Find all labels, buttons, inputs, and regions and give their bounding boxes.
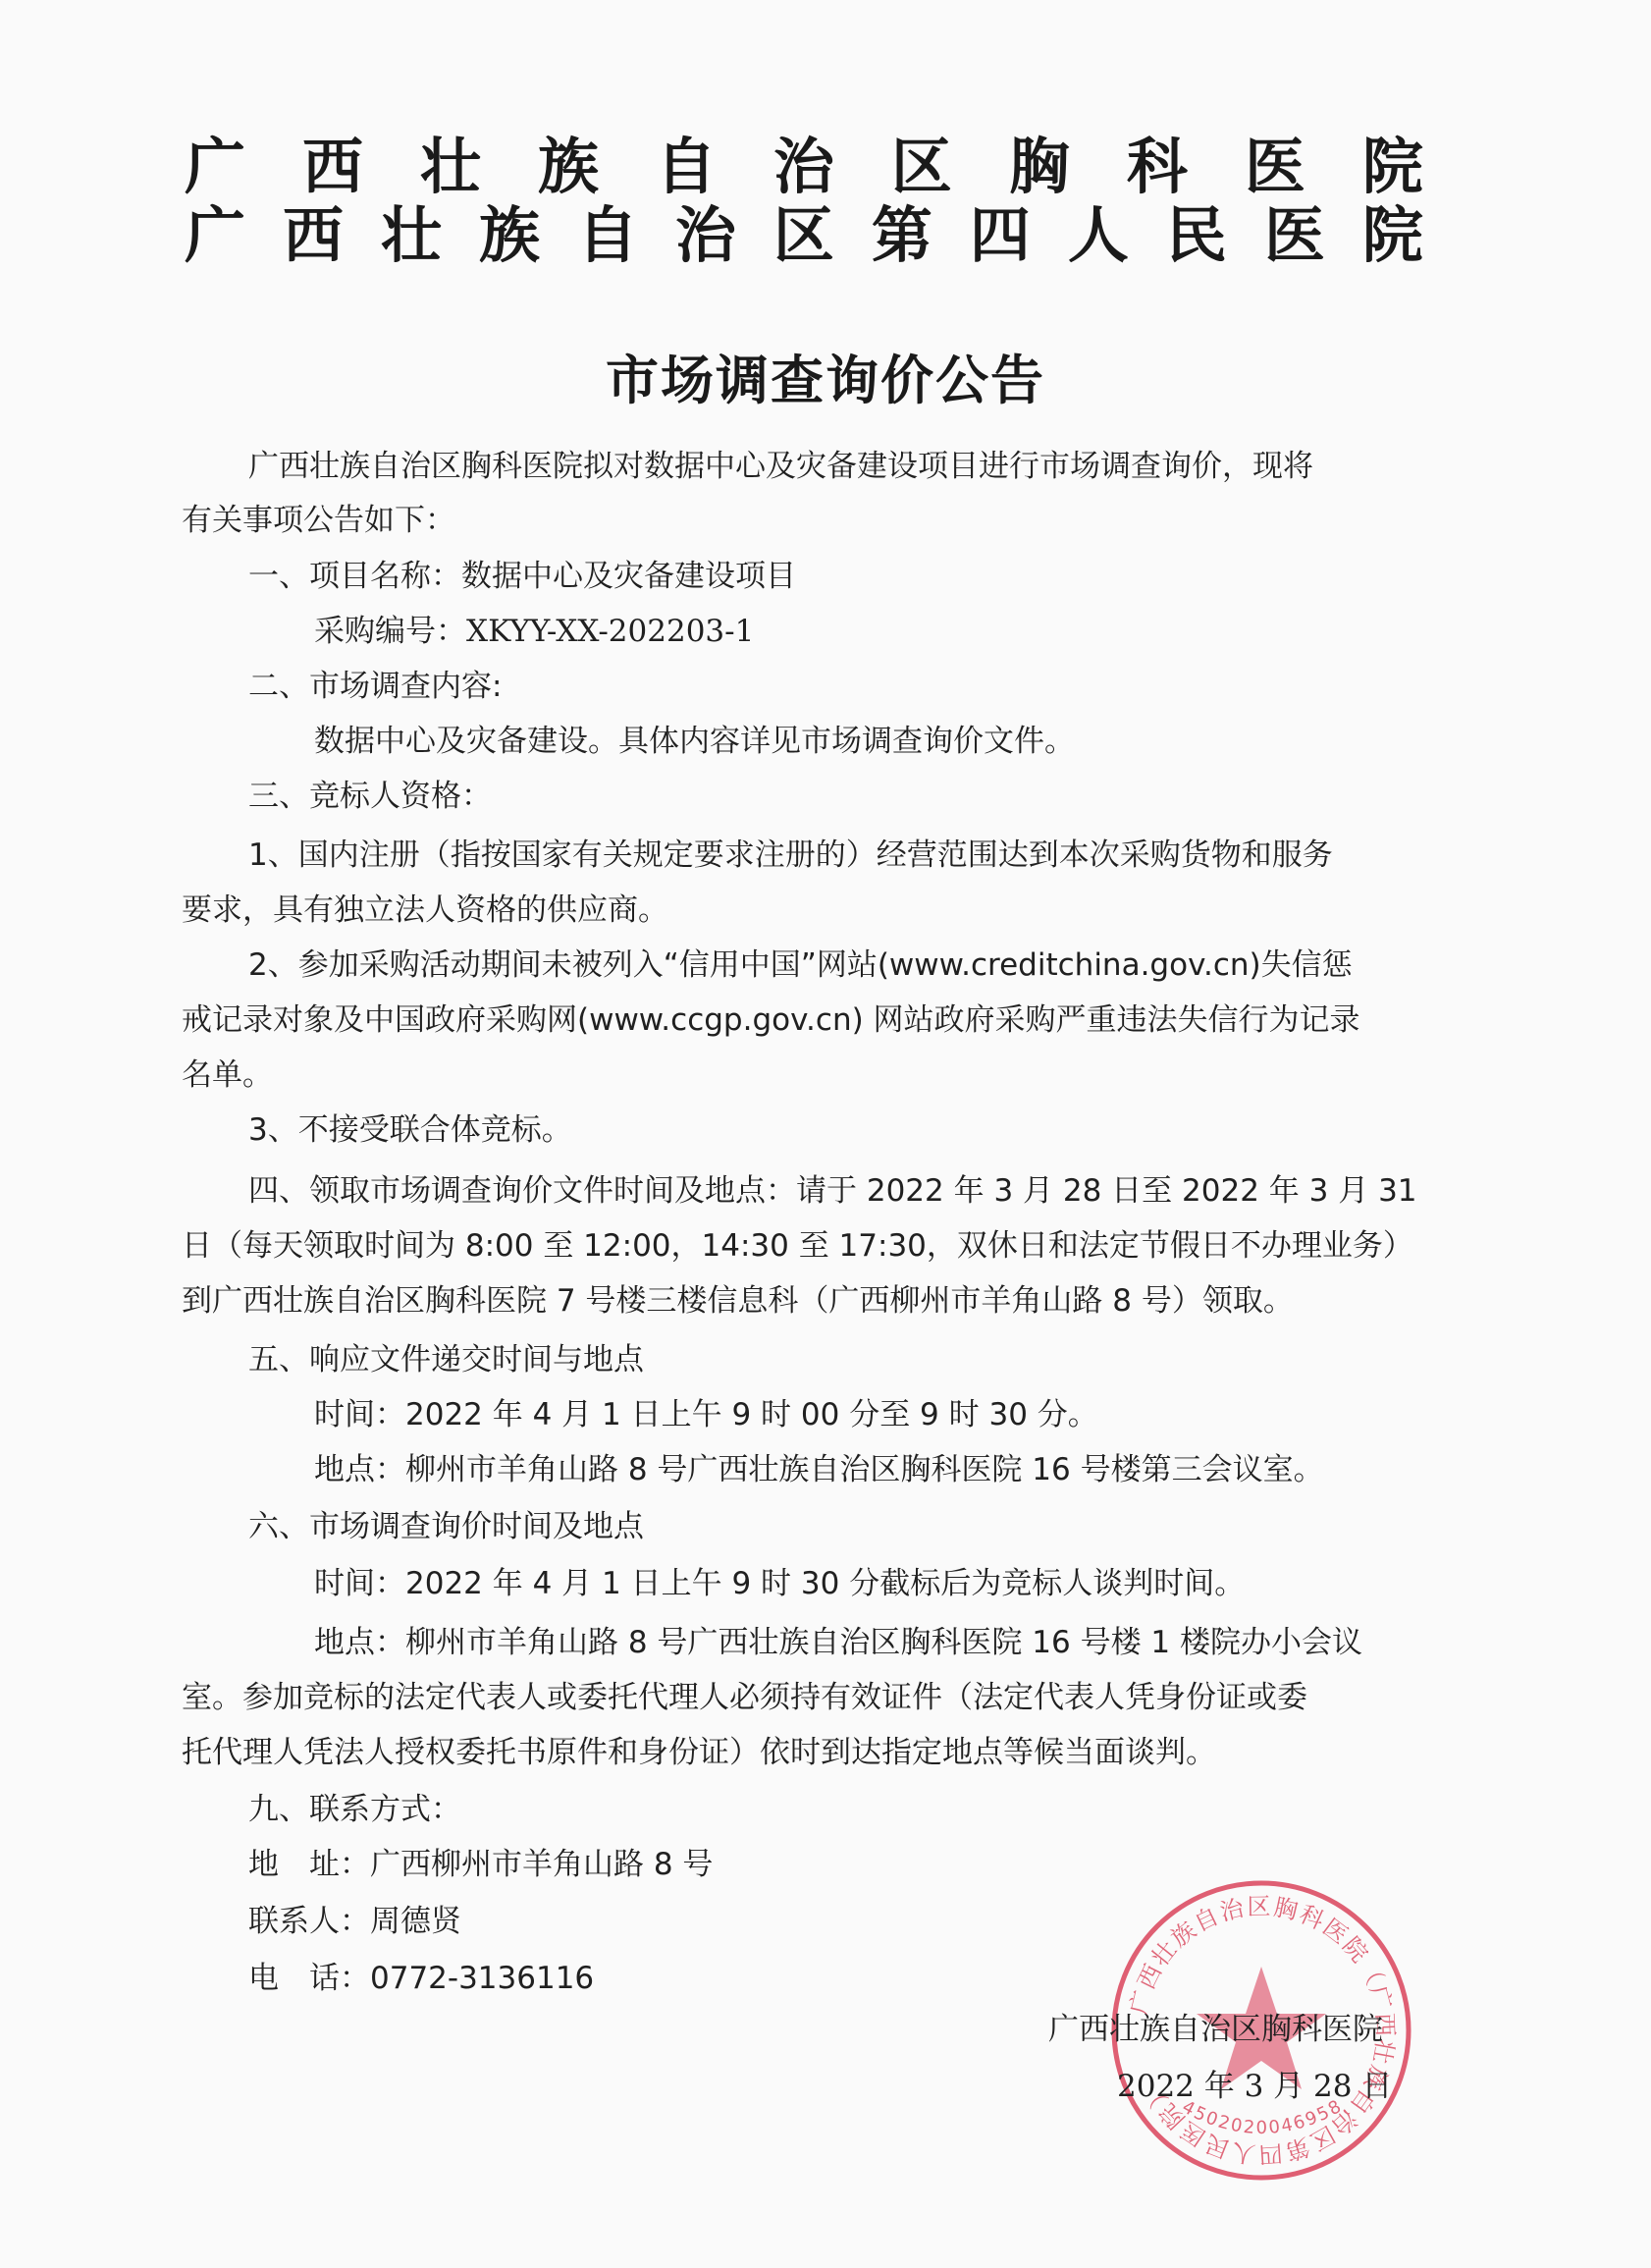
header-char: 西 (283, 201, 344, 270)
header-char: 民 (1166, 201, 1227, 270)
announcement-page: 广 西 壮 族 自 治 区 胸 科 医 院 广 西 壮 族 自 治 区 第 四 … (0, 0, 1651, 2268)
section-6-time: 时间：2022 年 4 月 1 日上午 9 时 30 分截标后为竞标人谈判时间。 (314, 1564, 1245, 1603)
header-char: 人 (1068, 201, 1129, 270)
section-9-heading: 九、联系方式： (248, 1790, 461, 1829)
header-char: 区 (773, 201, 834, 270)
section-3-heading: 三、竞标人资格： (248, 777, 492, 816)
section-4-line-2: 日（每天领取时间为 8:00 至 12:00，14:30 至 17:30，双休日… (182, 1226, 1413, 1266)
qualification-1-line-2: 要求，具有独立法人资格的供应商。 (182, 891, 668, 930)
header-char: 自 (577, 201, 638, 270)
header-char: 治 (773, 133, 834, 201)
header-char: 院 (1362, 201, 1423, 270)
qualification-3: 3、不接受联合体竞标。 (248, 1110, 572, 1150)
section-5-place: 地点：柳州市羊角山路 8 号广西壮族自治区胸科医院 16 号楼第三会议室。 (314, 1450, 1324, 1489)
header-char: 自 (656, 133, 717, 201)
intro-line-2: 有关事项公告如下： (182, 501, 455, 540)
section-6-heading: 六、市场调查询价时间及地点 (248, 1507, 644, 1546)
header-char: 族 (479, 201, 540, 270)
header-char: 广 (185, 201, 245, 270)
header-char: 医 (1245, 133, 1305, 201)
qualification-2-line-2: 戒记录对象及中国政府采购网(www.ccgp.gov.cn) 网站政府采购严重违… (182, 1000, 1360, 1040)
section-6-place-line-2: 室。参加竞标的法定代表人或委托代理人必须持有效证件（法定代表人凭身份证或委 (182, 1678, 1307, 1717)
section-2-heading: 二、市场调查内容: (248, 667, 502, 706)
header-char: 广 (185, 133, 245, 201)
header-char: 胸 (1009, 133, 1070, 201)
section-4-line-3: 到广西壮族自治区胸科医院 7 号楼三楼信息科（广西柳州市羊角山路 8 号）领取。 (182, 1281, 1294, 1321)
section-1-heading: 一、项目名称：数据中心及灾备建设项目 (248, 557, 796, 596)
procurement-number-value: XKYY-XX-202203-1 (466, 614, 754, 649)
qualification-1-line-1: 1、国内注册（指按国家有关规定要求注册的）经营范围达到本次采购货物和服务 (248, 836, 1333, 875)
signature-date: 2022 年 3 月 28 日 (1117, 2067, 1392, 2106)
header-char: 区 (891, 133, 952, 201)
header-char: 西 (302, 133, 363, 201)
header-char: 族 (538, 133, 599, 201)
qualification-2-line-3: 名单。 (182, 1055, 273, 1095)
section-4-line-1: 四、领取市场调查询价文件时间及地点：请于 2022 年 3 月 28 日至 20… (248, 1171, 1417, 1211)
header-char: 医 (1264, 201, 1325, 270)
contact-phone: 电 话：0772-3136116 (248, 1959, 594, 1998)
hospital-name-header-1: 广 西 壮 族 自 治 区 胸 科 医 院 (185, 133, 1423, 201)
section-2-content: 数据中心及灾备建设。具体内容详见市场调查询价文件。 (314, 722, 1075, 761)
header-char: 科 (1127, 133, 1188, 201)
header-char: 第 (872, 201, 932, 270)
header-char: 壮 (420, 133, 481, 201)
header-char: 四 (970, 201, 1031, 270)
hospital-name-header-2: 广 西 壮 族 自 治 区 第 四 人 民 医 院 (185, 201, 1423, 270)
section-6-place-line-1: 地点：柳州市羊角山路 8 号广西壮族自治区胸科医院 16 号楼 1 楼院办小会议 (314, 1623, 1362, 1662)
section-6-place-line-3: 托代理人凭法人授权委托书原件和身份证）依时到达指定地点等候当面谈判。 (182, 1733, 1216, 1772)
procurement-number: 采购编号：XKYY-XX-202203-1 (314, 612, 754, 651)
header-char: 壮 (381, 201, 442, 270)
document-title: 市场调查询价公告 (0, 339, 1651, 414)
header-char: 治 (675, 201, 736, 270)
procurement-number-label: 采购编号： (314, 614, 466, 649)
signature-organization: 广西壮族自治区胸科医院 (1048, 2010, 1383, 2049)
section-5-time: 时间：2022 年 4 月 1 日上午 9 时 00 分至 9 时 30 分。 (314, 1395, 1098, 1434)
section-5-heading: 五、响应文件递交时间与地点 (248, 1340, 644, 1379)
intro-line-1: 广西壮族自治区胸科医院拟对数据中心及灾备建设项目进行市场调查询价，现将 (248, 447, 1313, 486)
qualification-2-line-1: 2、参加采购活动期间未被列入“信用中国”网站(www.creditchina.g… (248, 945, 1353, 985)
contact-person: 联系人：周德贤 (248, 1902, 461, 1941)
header-char: 院 (1362, 133, 1423, 201)
contact-address: 地 址：广西柳州市羊角山路 8 号 (248, 1845, 713, 1884)
